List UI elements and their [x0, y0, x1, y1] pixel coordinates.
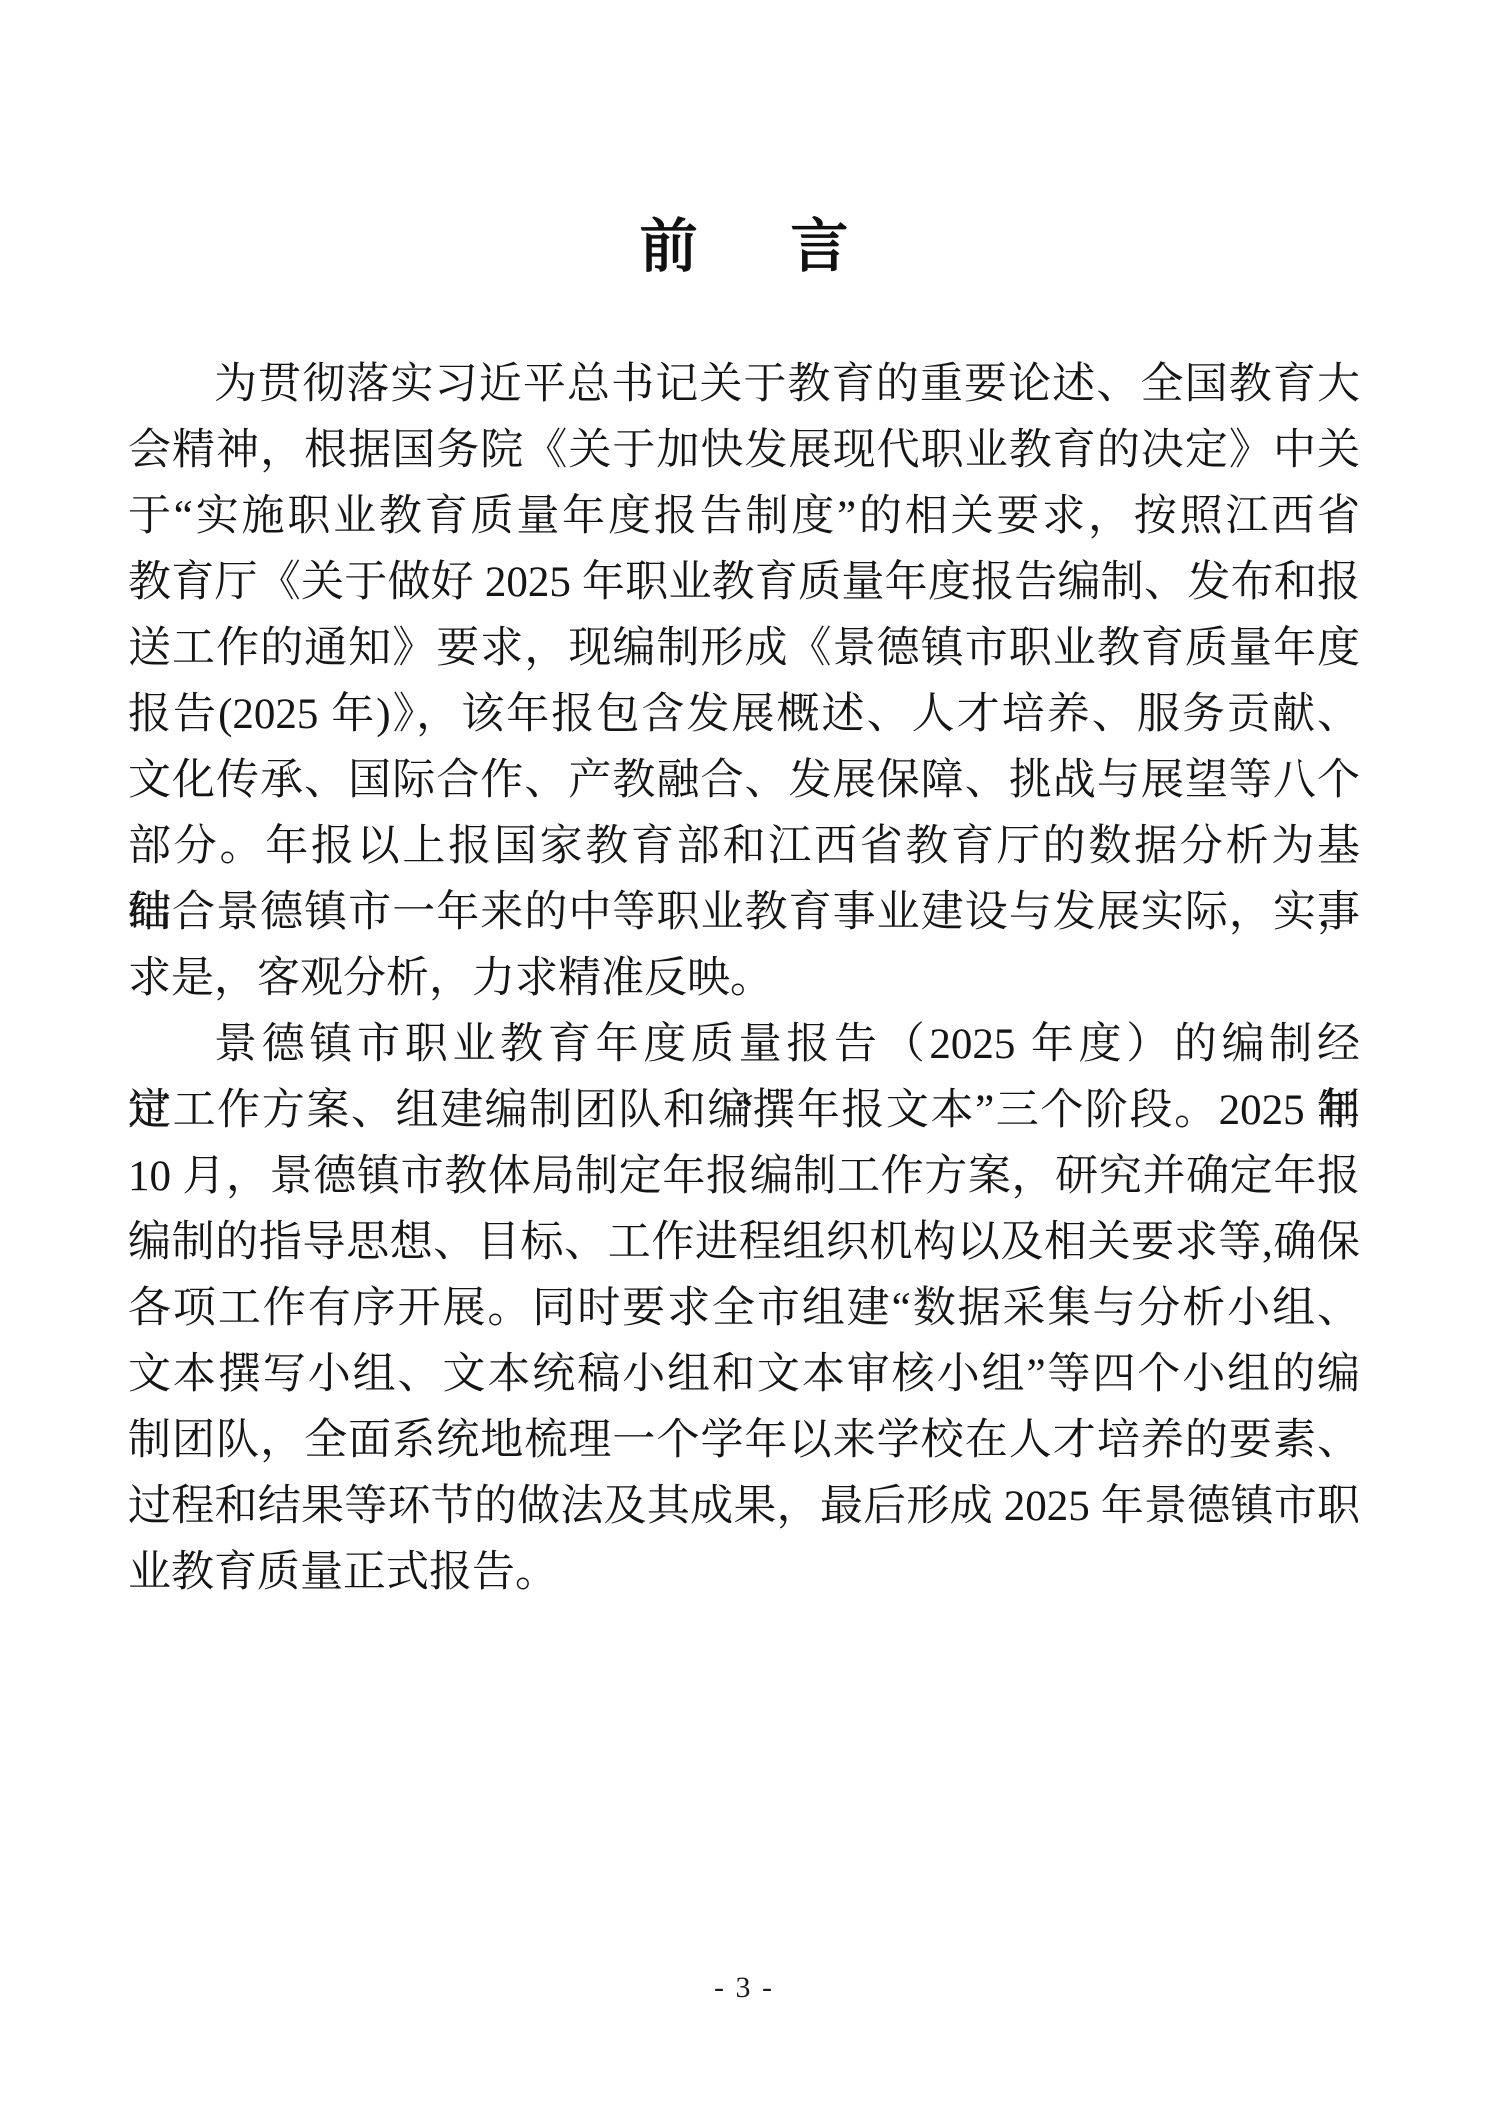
text-line: 各项工作有序开展。同时要求全市组建“数据采集与分析小组、	[128, 1276, 1360, 1342]
text-line: 景德镇市职业教育年度质量报告（2025 年度）的编制经过“制	[128, 1012, 1360, 1078]
text-line: 文本撰写小组、文本统稿小组和文本审核小组”等四个小组的编	[128, 1342, 1360, 1408]
text-line: 过程和结果等环节的做法及其成果，最后形成 2025 年景德镇市职	[128, 1474, 1360, 1540]
page-title: 前 言	[128, 212, 1360, 282]
text-line: 制团队，全面系统地梳理一个学年以来学校在人才培养的要素、	[128, 1408, 1360, 1474]
text-line: 为贯彻落实习近平总书记关于教育的重要论述、全国教育大	[128, 352, 1360, 418]
text-line: 送工作的通知》要求，现编制形成《景德镇市职业教育质量年度	[128, 616, 1360, 682]
text-line: 会精神，根据国务院《关于加快发展现代职业教育的决定》中关	[128, 418, 1360, 484]
text-line: 10 月，景德镇市教体局制定年报编制工作方案，研究并确定年报	[128, 1144, 1360, 1210]
text-line: 文化传承、国际合作、产教融合、发展保障、挑战与展望等八个	[128, 748, 1360, 814]
text-line: 定工作方案、组建编制团队和编撰年报文本”三个阶段。2025 年	[128, 1078, 1360, 1144]
text-line: 教育厅《关于做好 2025 年职业教育质量年度报告编制、发布和报	[128, 550, 1360, 616]
document-page: 前 言 为贯彻落实习近平总书记关于教育的重要论述、全国教育大会精神，根据国务院《…	[0, 0, 1488, 2104]
text-line: 编制的指导思想、目标、工作进程组织机构以及相关要求等,确保	[128, 1210, 1360, 1276]
paragraph: 为贯彻落实习近平总书记关于教育的重要论述、全国教育大会精神，根据国务院《关于加快…	[128, 352, 1360, 1012]
paragraph: 景德镇市职业教育年度质量报告（2025 年度）的编制经过“制定工作方案、组建编制…	[128, 1012, 1360, 1606]
text-line: 于“实施职业教育质量年度报告制度”的相关要求，按照江西省	[128, 484, 1360, 550]
page-number: - 3 -	[0, 1968, 1488, 2008]
text-line: 报告(2025 年)》，该年报包含发展概述、人才培养、服务贡献、	[128, 682, 1360, 748]
text-line: 部分。年报以上报国家教育部和江西省教育厅的数据分析为基础，	[128, 814, 1360, 880]
text-line: 求是，客观分析，力求精准反映。	[128, 946, 1360, 1012]
text-line: 结合景德镇市一年来的中等职业教育事业建设与发展实际，实事	[128, 880, 1360, 946]
document-body: 为贯彻落实习近平总书记关于教育的重要论述、全国教育大会精神，根据国务院《关于加快…	[128, 352, 1360, 1606]
text-line: 业教育质量正式报告。	[128, 1540, 1360, 1606]
